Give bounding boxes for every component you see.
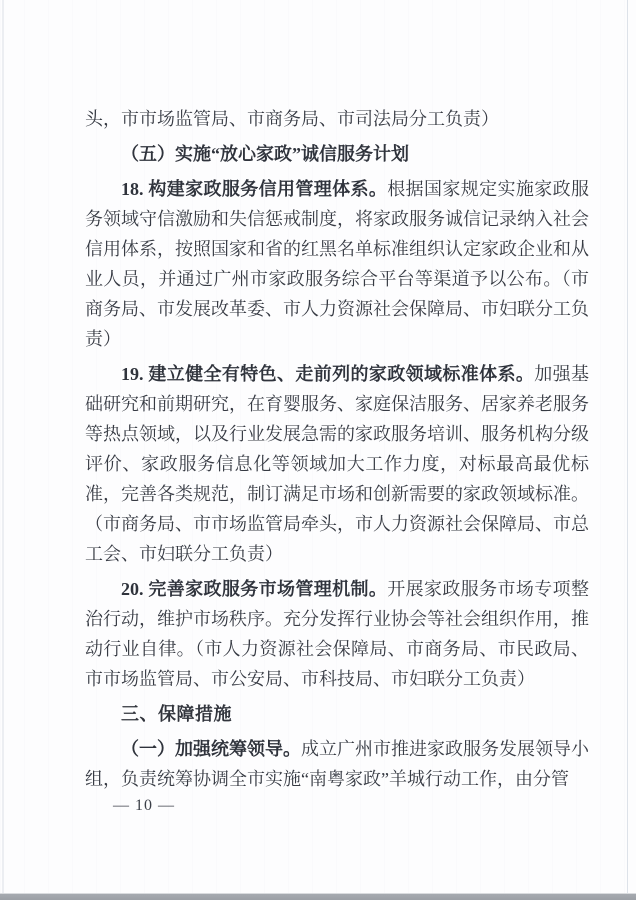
paragraph-item-19: 19. 建立健全有特色、走前列的家政领域标准体系。加强基础研究和前期研究，在育婴… — [85, 359, 589, 569]
paragraph-sub-1: （一）加强统筹领导。成立广州市推进家政服务发展领导小组，负责统筹协调全市实施“南… — [85, 734, 589, 794]
page-number: — 10 — — [113, 796, 175, 816]
section-3-heading: 三、保障措施 — [85, 699, 589, 729]
paragraph-continuation: 头，市市场监管局、市商务局、市司法局分工负责） — [85, 104, 589, 134]
item-19-lead: 19. 建立健全有特色、走前列的家政领域标准体系。 — [121, 364, 534, 384]
item-19-body: 加强基础研究和前期研究，在育婴服务、家庭保洁服务、居家养老服务等热点领域，以及行… — [85, 364, 589, 564]
sub-1-lead: （一）加强统筹领导。 — [121, 739, 301, 759]
scanned-document-page: 头，市市场监管局、市商务局、市司法局分工负责） （五）实施“放心家政”诚信服务计… — [0, 0, 636, 900]
section-5-heading: （五）实施“放心家政”诚信服务计划 — [85, 139, 589, 169]
item-18-lead: 18. 构建家政服务信用管理体系。 — [121, 179, 387, 199]
continuation-text: 头，市市场监管局、市商务局、市司法局分工负责） — [85, 109, 499, 129]
scan-edge-left — [2, 0, 4, 894]
document-body: 头，市市场监管局、市商务局、市司法局分工负责） （五）实施“放心家政”诚信服务计… — [85, 104, 589, 799]
item-18-body: 根据国家规定实施家政服务领域守信激励和失信惩戒制度，将家政服务诚信记录纳入社会信… — [85, 179, 589, 349]
paragraph-item-18: 18. 构建家政服务信用管理体系。根据国家规定实施家政服务领域守信激励和失信惩戒… — [85, 174, 589, 354]
scan-edge-bottom — [0, 893, 636, 900]
item-20-lead: 20. 完善家政服务市场管理机制。 — [121, 579, 387, 599]
scan-edge-right — [627, 0, 628, 894]
paragraph-item-20: 20. 完善家政服务市场管理机制。开展家政服务市场专项整治行动，维护市场秩序。充… — [85, 574, 589, 694]
